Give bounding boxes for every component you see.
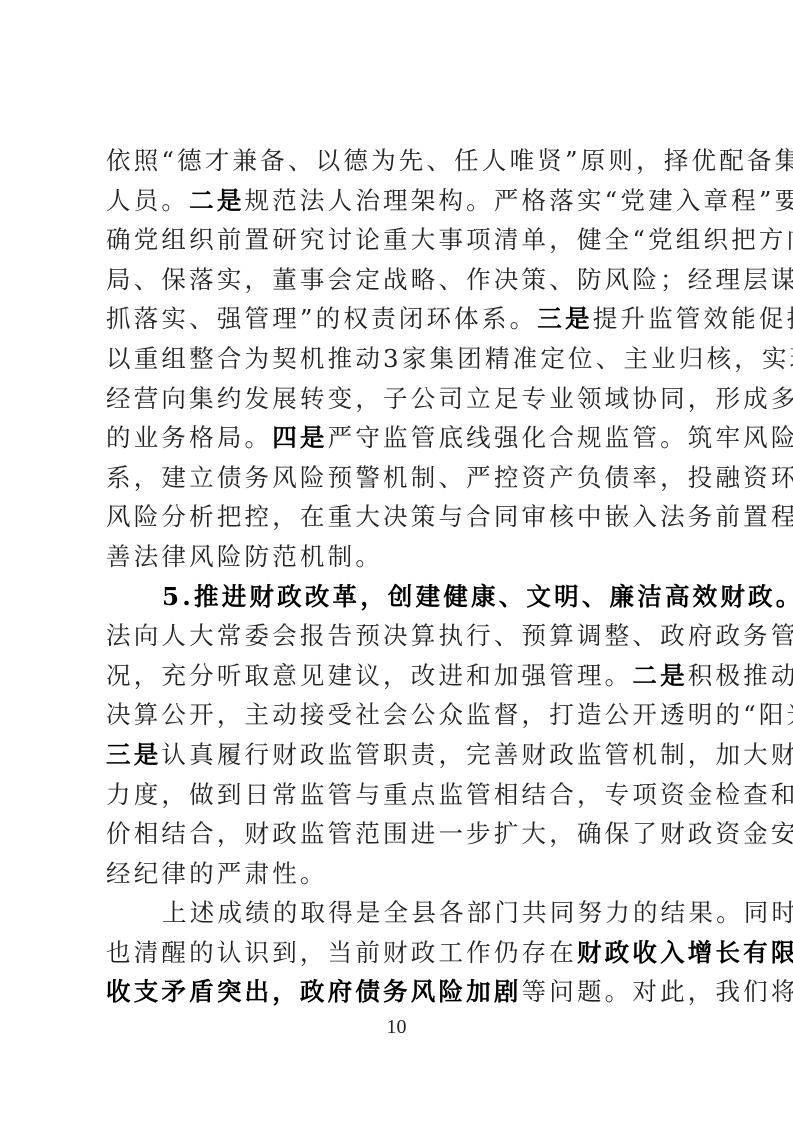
bold-text-char: 风 <box>411 972 439 1012</box>
text-char: 推 <box>328 339 356 379</box>
text-char: 德 <box>177 141 205 181</box>
text-line: 系，建立债务风险预警机制、严控资产负债率，投融资环节强化 <box>106 458 694 498</box>
bold-text-char: 5 <box>162 577 182 617</box>
text-char: 、 <box>596 339 624 379</box>
text-char: 资 <box>660 775 688 815</box>
text-char: 。 <box>605 656 633 696</box>
text-char: 中 <box>577 497 605 537</box>
text-char: 。 <box>716 893 744 933</box>
text-char: 结 <box>661 893 689 933</box>
text-char: 业 <box>134 418 162 458</box>
bold-text-char: 建 <box>416 577 444 617</box>
text-char: 论 <box>355 220 383 260</box>
text-char: 成 <box>217 893 245 933</box>
bold-text-char: 四 <box>272 418 300 458</box>
text-char: 确 <box>577 814 605 854</box>
bold-text-char: 财 <box>720 577 748 617</box>
text-char: 打 <box>549 695 577 735</box>
text-char: 协 <box>632 379 660 419</box>
text-char: 线 <box>466 418 494 458</box>
text-char: 职 <box>383 735 411 775</box>
text-char: 问 <box>549 972 577 1012</box>
text-line: 也清醒的认识到，当前财政工作仍存在财政收入增长有限，财政 <box>106 933 694 973</box>
text-char: 把 <box>731 220 759 260</box>
text-char: 。 <box>660 418 688 458</box>
text-char: 我 <box>715 972 743 1012</box>
text-char: 入 <box>676 181 704 221</box>
text-char: 部 <box>467 893 495 933</box>
text-char: 董 <box>272 260 300 300</box>
text-char: 识 <box>245 933 273 973</box>
text-char: 分 <box>161 497 189 537</box>
text-char: ， <box>383 656 411 696</box>
text-char: 产 <box>549 458 577 498</box>
text-char: 得 <box>328 893 356 933</box>
text-char: 果 <box>688 893 716 933</box>
text-char: 升 <box>620 299 648 339</box>
text-char: 事 <box>438 220 466 260</box>
text-char: 造 <box>577 695 605 735</box>
bold-text-char: 入 <box>660 933 688 973</box>
bold-text-char: ， <box>272 972 300 1012</box>
text-char: ， <box>522 695 550 735</box>
text-line: 确党组织前置研究讨论重大事项清单，健全“党组织把方向、管大 <box>106 220 694 260</box>
text-char: 力 <box>605 893 633 933</box>
text-char: 范 <box>272 181 300 221</box>
text-char: 领 <box>577 379 605 419</box>
text-char: 的 <box>273 893 301 933</box>
text-char: 控 <box>494 458 522 498</box>
text-char: 管 <box>771 616 793 656</box>
text-char: 时 <box>771 893 793 933</box>
text-char: 相 <box>494 775 522 815</box>
text-char: 体 <box>454 299 482 339</box>
text-char: 金 <box>688 775 716 815</box>
text-char: ， <box>549 814 577 854</box>
text-char: 资 <box>715 814 743 854</box>
text-char: 务 <box>245 458 273 498</box>
bold-text-char: ， <box>360 577 388 617</box>
text-char: 底 <box>438 418 466 458</box>
text-char: 核 <box>549 497 577 537</box>
text-char: 定 <box>540 339 568 379</box>
text-char: 大 <box>411 220 439 260</box>
text-char: 经 <box>106 379 134 419</box>
text-char: 机 <box>300 537 328 577</box>
page-number: 10 <box>0 1016 793 1039</box>
text-char: 化 <box>522 418 550 458</box>
text-char: 整 <box>189 339 217 379</box>
bold-text-char: 洁 <box>637 577 665 617</box>
text-char: 实 <box>762 339 790 379</box>
bold-text-char: 剧 <box>494 972 522 1012</box>
text-char: ， <box>636 141 664 181</box>
text-char: 前 <box>355 933 383 973</box>
text-char: “ <box>743 695 759 735</box>
text-char: 此 <box>660 972 688 1012</box>
bold-text-char: 有 <box>743 933 771 973</box>
text-char: 告 <box>328 616 356 656</box>
text-char: 促 <box>759 299 787 339</box>
text-line: 经纪律的严肃性。 <box>106 854 694 894</box>
text-char: 开 <box>632 695 660 735</box>
text-char: 题 <box>577 972 605 1012</box>
text-char: 履 <box>217 735 245 775</box>
text-char: 执 <box>438 616 466 656</box>
text-char: 谋 <box>771 260 793 300</box>
text-char: 系 <box>106 458 134 498</box>
text-char: 当 <box>328 933 356 973</box>
text-char: 项 <box>632 775 660 815</box>
text-char: 同 <box>660 379 688 419</box>
text-char: 。 <box>510 299 538 339</box>
text-char: 财 <box>245 814 273 854</box>
text-char: 置 <box>245 220 273 260</box>
text-char: 向 <box>161 379 189 419</box>
text-char: 、 <box>134 260 162 300</box>
text-char: 结 <box>522 775 550 815</box>
text-char: 环 <box>426 299 454 339</box>
text-char: 结 <box>161 814 189 854</box>
bold-text-char: 险 <box>438 972 466 1012</box>
text-char: 取 <box>245 656 273 696</box>
text-char: 3 <box>383 339 402 379</box>
text-char: 加 <box>715 735 743 775</box>
bold-text-char: 是 <box>565 299 593 339</box>
text-char: 、 <box>189 299 217 339</box>
text-char: 。 <box>466 181 494 221</box>
text-line: 法向人大常委会报告预决算执行、预算调整、政府政务管理等情 <box>106 616 694 656</box>
text-char: ， <box>688 972 716 1012</box>
bold-text-char: 高 <box>665 577 693 617</box>
text-char: 人 <box>106 181 134 221</box>
bold-text-char: 矛 <box>161 972 189 1012</box>
text-char: 债 <box>605 458 633 498</box>
text-char: 理 <box>715 260 743 300</box>
text-char: 同 <box>550 893 578 933</box>
text-char: 项 <box>466 220 494 260</box>
text-char: 法 <box>660 497 688 537</box>
text-line: 依照“德才兼备、以德为先、任人唯贤”原则，择优配备集团管理 <box>106 141 694 181</box>
text-char: ， <box>300 933 328 973</box>
text-char: 、 <box>438 260 466 300</box>
text-char: 作 <box>466 260 494 300</box>
text-char: 组 <box>676 220 704 260</box>
text-line: 抓落实、强管理”的权责闭环体系。三是提升监管效能促提质增效。 <box>106 299 694 339</box>
text-char: 。 <box>245 418 273 458</box>
text-line: 的业务格局。四是严守监管底线强化合规监管。筑牢风险防控体 <box>106 418 694 458</box>
bold-text-char: 文 <box>526 577 554 617</box>
body-text: 依照“德才兼备、以德为先、任人唯贤”原则，择优配备集团管理人员。二是规范法人治理… <box>106 141 694 1012</box>
text-char: 积 <box>688 656 716 696</box>
text-char: 到 <box>272 933 300 973</box>
text-char: 主 <box>623 339 651 379</box>
text-char: 组 <box>161 339 189 379</box>
text-char: 责 <box>411 735 439 775</box>
text-char: 专 <box>605 775 633 815</box>
text-char: 会 <box>272 616 300 656</box>
text-char: 清 <box>134 933 162 973</box>
bold-text-char: 康 <box>471 577 499 617</box>
text-char: 位 <box>568 339 596 379</box>
bold-text-char: 债 <box>355 972 383 1012</box>
text-char: 做 <box>189 775 217 815</box>
text-char: 风 <box>106 497 134 537</box>
text-char: 阳 <box>759 695 787 735</box>
text-char: 强 <box>217 299 245 339</box>
text-line: 以重组整合为契机推动3家集团精准定位、主业归核，实现从分散 <box>106 339 694 379</box>
text-char: 监 <box>648 299 676 339</box>
bold-text-char: 政 <box>277 577 305 617</box>
text-char: 合 <box>189 814 217 854</box>
text-char: 一 <box>438 814 466 854</box>
bold-text-char: 三 <box>537 299 565 339</box>
text-char: 醒 <box>161 933 189 973</box>
text-char: 层 <box>743 260 771 300</box>
text-char: 围 <box>383 814 411 854</box>
text-char: 析 <box>189 497 217 537</box>
text-char: 管 <box>605 735 633 775</box>
text-char: 政 <box>660 616 688 656</box>
text-char: 管 <box>549 656 577 696</box>
text-char: 整 <box>605 616 633 656</box>
text-char: 合 <box>549 418 577 458</box>
text-char: 作 <box>466 933 494 973</box>
bold-text-char: 务 <box>383 972 411 1012</box>
text-char: 理 <box>577 656 605 696</box>
text-char: ， <box>217 814 245 854</box>
text-line: 人员。二是规范法人治理架构。严格落实“党建入章程”要求，明 <box>106 181 694 221</box>
text-char: ， <box>688 735 716 775</box>
text-char: 立 <box>466 379 494 419</box>
text-char: 程 <box>771 497 793 537</box>
text-char: 资 <box>743 458 771 498</box>
text-char: 党 <box>648 220 676 260</box>
text-char: 险 <box>134 497 162 537</box>
text-char: 向 <box>787 220 793 260</box>
bold-text-char: 长 <box>715 933 743 973</box>
text-char: 务 <box>688 497 716 537</box>
text-char: 清 <box>494 220 522 260</box>
bold-text-char: . <box>182 577 194 617</box>
text-char: 前 <box>217 220 245 260</box>
text-char: ” <box>300 299 316 339</box>
text-char: 资 <box>522 458 550 498</box>
text-char: 政 <box>549 735 577 775</box>
text-char: 实 <box>577 181 605 221</box>
text-char: 负 <box>577 458 605 498</box>
text-char: 点 <box>411 775 439 815</box>
text-char: 了 <box>632 814 660 854</box>
text-char: 共 <box>522 893 550 933</box>
text-char: 常 <box>272 775 300 815</box>
text-char: 监 <box>577 735 605 775</box>
text-char: 监 <box>300 814 328 854</box>
text-char: 与 <box>438 497 466 537</box>
text-char: 规 <box>577 418 605 458</box>
text-char: 算 <box>134 695 162 735</box>
text-char: 政 <box>300 735 328 775</box>
text-char: 制 <box>411 458 439 498</box>
text-char: 落 <box>134 299 162 339</box>
text-char: 管 <box>676 299 704 339</box>
text-char: 准 <box>513 339 541 379</box>
text-char: 行 <box>245 735 273 775</box>
text-char: 险 <box>300 458 328 498</box>
text-char: 政 <box>688 814 716 854</box>
text-char: 团 <box>457 339 485 379</box>
text-char: 扩 <box>494 814 522 854</box>
text-char: 意 <box>272 656 300 696</box>
text-char: 约 <box>217 379 245 419</box>
text-char: 管 <box>466 775 494 815</box>
text-char: 择 <box>664 141 692 181</box>
text-char: ， <box>245 260 273 300</box>
bold-text-char: 府 <box>328 972 356 1012</box>
text-char: 见 <box>300 656 328 696</box>
text-char: 展 <box>272 379 300 419</box>
bold-text-char: 效 <box>693 577 721 617</box>
text-char: 门 <box>494 893 522 933</box>
text-char: 政 <box>715 616 743 656</box>
text-char: 受 <box>328 695 356 735</box>
text-char: 略 <box>411 260 439 300</box>
text-char: 为 <box>371 141 399 181</box>
text-char: 、 <box>549 260 577 300</box>
text-char: 动 <box>355 339 383 379</box>
text-char: 范 <box>272 537 300 577</box>
bold-text-char: 是 <box>217 181 245 221</box>
text-char: 党 <box>620 181 648 221</box>
text-char: 唯 <box>510 141 538 181</box>
text-char: 监 <box>438 775 466 815</box>
text-char: ， <box>734 339 762 379</box>
text-char: 预 <box>522 616 550 656</box>
text-char: 配 <box>719 141 747 181</box>
text-char: 构 <box>438 181 466 221</box>
text-char: ” <box>565 141 581 181</box>
text-char: 监 <box>605 418 633 458</box>
text-line: 经营向集约发展转变，子公司立足专业领域协同，形成多元互补 <box>106 379 694 419</box>
text-char: 。 <box>300 854 328 894</box>
text-char: 管 <box>328 814 356 854</box>
text-char: 府 <box>688 616 716 656</box>
text-char: 县 <box>411 893 439 933</box>
bold-text-char: 增 <box>688 933 716 973</box>
bold-text-char: 二 <box>632 656 660 696</box>
text-char: 控 <box>245 497 273 537</box>
text-char: 域 <box>605 379 633 419</box>
text-char: 架 <box>411 181 439 221</box>
text-char: 管 <box>632 418 660 458</box>
text-char: 力 <box>106 775 134 815</box>
text-line: 上述成绩的取得是全县各部门共同努力的结果。同时，我们 <box>106 893 694 933</box>
text-char: 嵌 <box>605 497 633 537</box>
text-char: 财 <box>660 814 688 854</box>
text-char: 与 <box>355 775 383 815</box>
text-char: ， <box>272 497 300 537</box>
bold-text-char: 财 <box>577 933 605 973</box>
text-char: 管 <box>245 299 273 339</box>
text-char: 强 <box>494 418 522 458</box>
text-char: 善 <box>106 537 134 577</box>
text-char: 战 <box>383 260 411 300</box>
text-char: 责 <box>371 299 399 339</box>
text-char: 、 <box>438 458 466 498</box>
text-char: 。 <box>605 972 633 1012</box>
text-char: 严 <box>217 854 245 894</box>
text-char: 先 <box>399 141 427 181</box>
text-char: 监 <box>383 418 411 458</box>
text-char: 分 <box>189 656 217 696</box>
text-char: 党 <box>134 220 162 260</box>
text-char: ； <box>660 260 688 300</box>
text-line: 善法律风险防范机制。 <box>106 537 694 577</box>
text-char: 重 <box>383 775 411 815</box>
text-char: 明 <box>688 695 716 735</box>
text-line: 力度，做到日常监管与重点监管相结合，专项资金检查和绩效评 <box>106 775 694 815</box>
text-char: 的 <box>633 893 661 933</box>
text-char: 治 <box>355 181 383 221</box>
text-char: 为 <box>245 339 273 379</box>
text-char: 的 <box>316 299 344 339</box>
text-char: 理 <box>383 181 411 221</box>
text-char: 人 <box>161 616 189 656</box>
text-char: 实 <box>161 299 189 339</box>
text-char: 多 <box>771 379 793 419</box>
bold-text-char: 财 <box>249 577 277 617</box>
text-char: 业 <box>651 339 679 379</box>
text-char: 。 <box>161 181 189 221</box>
text-char: 保 <box>161 260 189 300</box>
text-char: 充 <box>161 656 189 696</box>
text-char: 、 <box>632 616 660 656</box>
text-char: 落 <box>189 260 217 300</box>
text-char: ， <box>217 695 245 735</box>
text-char: 范 <box>355 814 383 854</box>
bold-text-char: 政 <box>605 933 633 973</box>
text-line: 风险分析把控，在重大决策与合同审核中嵌入法务前置程序，完 <box>106 497 694 537</box>
text-char: 重 <box>383 220 411 260</box>
bold-text-char: 创 <box>388 577 416 617</box>
text-char: 和 <box>771 775 793 815</box>
text-char: 风 <box>189 537 217 577</box>
text-char: 防 <box>577 260 605 300</box>
text-char: 融 <box>715 458 743 498</box>
bold-text-char: 盾 <box>189 972 217 1012</box>
text-char: 财 <box>272 735 300 775</box>
text-char: 众 <box>438 695 466 735</box>
text-char: 度 <box>134 775 162 815</box>
text-char: 织 <box>189 220 217 260</box>
text-char: 合 <box>466 497 494 537</box>
text-char: 策 <box>411 497 439 537</box>
text-char: ， <box>660 458 688 498</box>
text-char: 报 <box>300 616 328 656</box>
text-char: 政 <box>411 933 439 973</box>
text-char: 究 <box>300 220 328 260</box>
text-char: 险 <box>217 537 245 577</box>
text-char: 集 <box>775 141 793 181</box>
text-char: 全 <box>384 893 412 933</box>
bold-text-char: 革 <box>333 577 361 617</box>
bold-text-char: 政 <box>300 972 328 1012</box>
text-char: 性 <box>272 854 300 894</box>
text-char: 机 <box>632 735 660 775</box>
text-char: 决 <box>383 616 411 656</box>
text-char: 经 <box>688 260 716 300</box>
text-char: 的 <box>106 418 134 458</box>
